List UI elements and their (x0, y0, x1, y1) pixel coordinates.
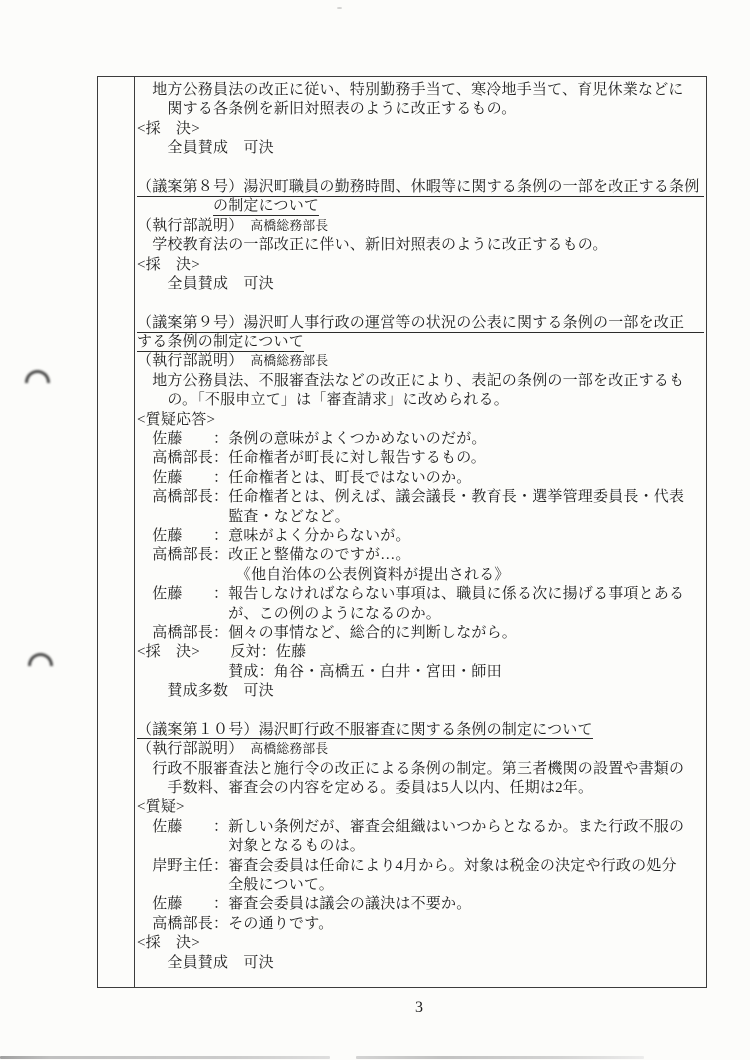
text-line: 高橋部長：任命権者が町長に対し報告するもの。 (137, 449, 704, 468)
text-line: 対象となるものは。 (137, 837, 704, 856)
text-line: <質疑応答> (137, 411, 704, 430)
text-line: 学校教育法の一部改正に伴い、新旧対照表のように改正するもの。 (137, 236, 704, 255)
text-line: 高橋部長：その通りです。 (137, 915, 704, 934)
page-number: 3 (114, 999, 724, 1017)
agenda-heading-line: の制定について (137, 197, 704, 216)
heading-underlined-text: の制定について (213, 198, 319, 216)
agenda-heading-line: （議案第１０号）湯沢町行政不服審査に関する条例の制定について (137, 721, 704, 740)
lines-container: 地方公務員法の改正に従い、特別勤務手当て、寒冷地手当て、育児休業などに 関する各… (135, 77, 706, 987)
text-line: <質疑> (137, 798, 704, 817)
exec-explanation-label: （執行部説明） (137, 741, 243, 757)
text-line: 佐藤 ：審査会委員は議会の議決は不要か。 (137, 895, 704, 914)
text-line: （執行部説明）高橋総務部長 (137, 352, 704, 371)
text-line: 全員賛成 可決 (137, 275, 704, 294)
exec-explanation-label: （執行部説明） (137, 353, 243, 369)
text-line: 賛成多数 可決 (137, 682, 704, 701)
text-line: 全般について。 (137, 876, 704, 895)
text-line: 地方公務員法の改正に従い、特別勤務手当て、寒冷地手当て、育児休業などに (137, 81, 704, 100)
text-line: 佐藤 ：報告しなければならない事項は、職員に係る次に揚げる事項とある (137, 585, 704, 604)
text-line: 高橋部長：改正と整備なのですが…。 (137, 546, 704, 565)
text-line: 《他自治体の公表例資料が提出される》 (137, 566, 704, 585)
table-margin-column (98, 77, 135, 987)
scan-artifact-right (356, 1056, 644, 1059)
text-line: 賛成：角谷・高橋五・白井・宮田・師田 (137, 663, 704, 682)
text-line: <採 決> (137, 256, 704, 275)
speaker-name: 高橋総務部長 (250, 354, 328, 368)
text-line: 高橋部長：個々の事情など、総合的に判断しながら。 (137, 624, 704, 643)
speaker-name: 高橋総務部長 (250, 742, 328, 756)
agenda-heading-line: する条例の制定について (137, 333, 704, 352)
text-line: が、この例のようになるのか。 (137, 605, 704, 624)
text-line: <採 決> 反対：佐藤 (137, 643, 704, 662)
blank-line (137, 294, 704, 313)
text-line: 佐藤 ：意味がよく分からないが。 (137, 527, 704, 546)
text-line: 高橋部長：任命権者とは、例えば、議会議長・教育長・選挙管理委員長・代表 (137, 488, 704, 507)
text-line: 佐藤 ：新しい条例だが、審査会組織はいつからとなるか。また行政不服の (137, 818, 704, 837)
heading-indent (137, 198, 213, 214)
speaker-name: 高橋総務部長 (250, 219, 328, 233)
text-line: 手数料、審査会の内容を定める。委員は5人以内、任期は2年。 (137, 779, 704, 798)
agenda-heading-line: （議案第９号）湯沢町人事行政の運営等の状況の公表に関する条例の一部を改正 (137, 314, 704, 333)
text-line: 全員賛成 可決 (137, 954, 704, 973)
agenda-heading-line: （議案第８号）湯沢町職員の勤務時間、休暇等に関する条例の一部を改正する条例 (137, 178, 704, 197)
text-line: 行政不服審査法と施行令の改正による条例の制定。第三者機関の設置や書類の (137, 760, 704, 779)
text-line: 地方公務員法、不服審査法などの改正により、表記の条例の一部を改正するも (137, 372, 704, 391)
heading-underlined-text: する条例の制定について (137, 334, 304, 352)
text-line: 佐藤 ：条例の意味がよくつかめないのだが。 (137, 430, 704, 449)
scanned-page: 地方公務員法の改正に従い、特別勤務手当て、寒冷地手当て、育児休業などに 関する各… (0, 0, 750, 1060)
blank-line (137, 159, 704, 178)
text-line: （執行部説明）高橋総務部長 (137, 740, 704, 759)
scan-artifact-left (0, 1056, 330, 1059)
text-line: 全員賛成 可決 (137, 139, 704, 158)
text-line: の。「不服申立て」は「審査請求」に改められる。 (137, 391, 704, 410)
scan-speck (337, 7, 342, 9)
text-line: 関する各条例を新旧対照表のように改正するもの。 (137, 100, 704, 119)
text-line: <採 決> (137, 934, 704, 953)
punch-hole-top-icon (25, 370, 50, 383)
text-line: <採 決> (137, 120, 704, 139)
heading-underlined-text: （議案第１０号）湯沢町行政不服審査に関する条例の制定について (137, 722, 593, 740)
blank-line (137, 702, 704, 721)
exec-explanation-label: （執行部説明） (137, 218, 243, 234)
text-line: 監査・などなど。 (137, 508, 704, 527)
punch-hole-bottom-icon (28, 653, 53, 666)
text-line: （執行部説明）高橋総務部長 (137, 217, 704, 236)
text-line: 佐藤 ：任命権者とは、町長ではないのか。 (137, 469, 704, 488)
text-line: 岸野主任：審査会委員は任命により4月から。対象は税金の決定や行政の処分 (137, 857, 704, 876)
minutes-table: 地方公務員法の改正に従い、特別勤務手当て、寒冷地手当て、育児休業などに 関する各… (97, 76, 707, 988)
